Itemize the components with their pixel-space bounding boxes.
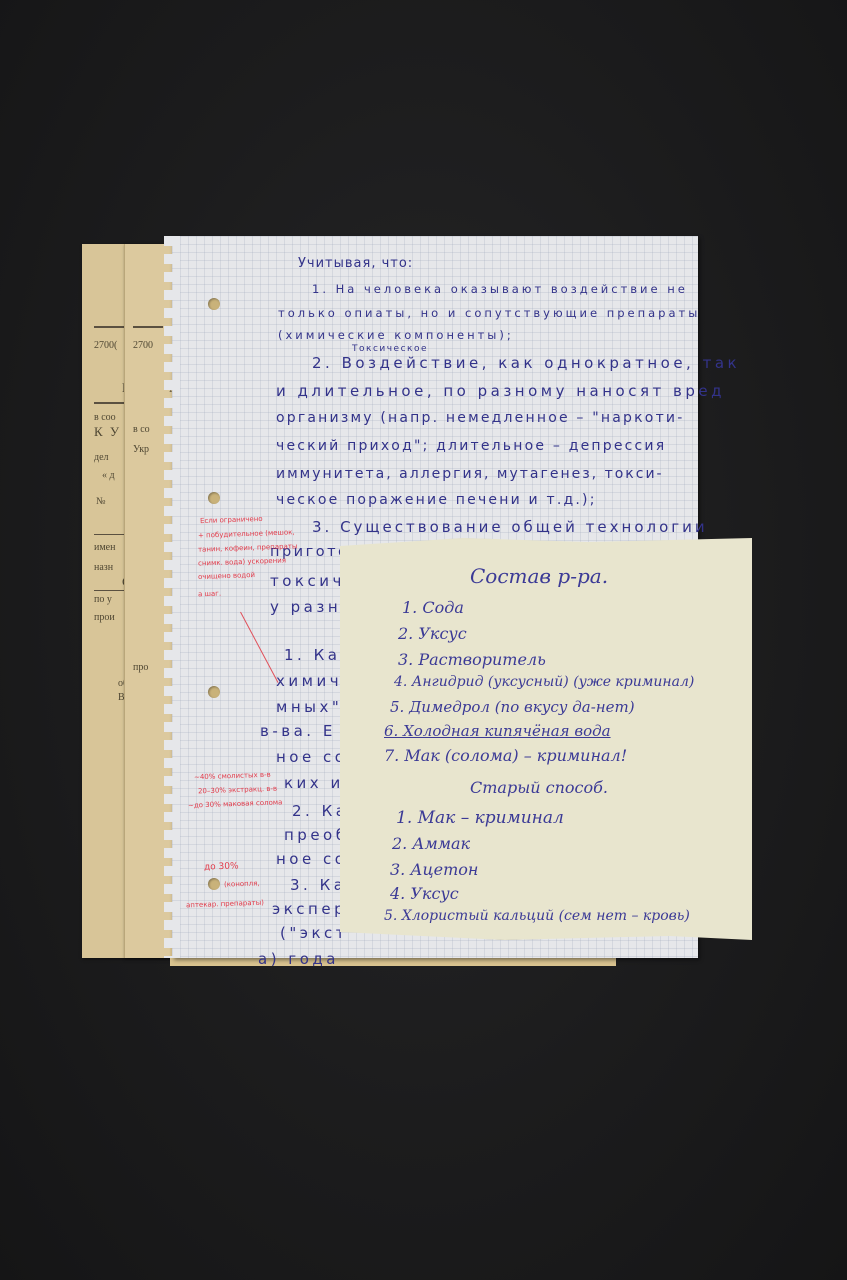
form-text: по у	[94, 594, 112, 605]
punch-hole	[208, 492, 220, 504]
notebook-line: ческое поражение печени и т.д.);	[276, 492, 597, 508]
notebook-line: ное со	[276, 850, 347, 868]
notebook-line: 1. На человека оказывают воздействие не	[312, 282, 688, 296]
form-text: « д	[102, 470, 115, 481]
note-list-item: 3. Ацетон	[390, 860, 478, 879]
notebook-line: в-ва. Е	[260, 722, 336, 740]
form-text: в со	[133, 424, 150, 435]
note-list-item: 1. Сода	[402, 598, 464, 617]
red-annotation-line: а шаг.	[198, 590, 221, 599]
form-text: назн	[94, 562, 113, 573]
notebook-line: токсич	[270, 572, 345, 590]
red-annotation-line: до 30%	[204, 861, 239, 872]
notebook-line: ное со	[276, 748, 347, 766]
form-text: в соо	[94, 412, 116, 423]
notebook-line: организму (напр. немедленное – "наркоти-	[276, 410, 684, 426]
notebook-line: мных"	[276, 698, 342, 716]
red-annotation-line: (конопля,	[224, 879, 260, 888]
notebook-line: и длительное, по разному наносят вред	[276, 382, 725, 400]
punch-hole	[208, 298, 220, 310]
form-rule	[133, 326, 163, 328]
torn-spiral-edge	[164, 236, 180, 958]
punch-hole	[208, 878, 220, 890]
notebook-insertion: Токсическое	[352, 344, 428, 354]
note-list-item: 5. Димедрол (по вкусу да-нет)	[390, 698, 635, 716]
note-list-item: 3. Растворитель	[398, 650, 546, 669]
notebook-line: ("экст	[280, 924, 348, 942]
note-list-item: 2. Уксус	[398, 624, 467, 643]
notebook-line: у разн	[270, 598, 341, 616]
note-subtitle: Старый способ.	[470, 778, 608, 797]
form-text: №	[96, 496, 106, 507]
notebook-line: 2. Ка	[292, 802, 348, 820]
note-list-item: 4. Ангидрид (уксусный) (уже криминал)	[394, 674, 694, 690]
note-title: Состав р-ра.	[470, 564, 608, 588]
form-text: имен	[94, 542, 115, 553]
notebook-line: а) года	[258, 950, 339, 968]
notebook-line: только опиаты, но и сопутствующие препар…	[278, 306, 700, 320]
notebook-line: экспер	[272, 900, 347, 918]
note-list-item: 4. Уксус	[390, 884, 459, 903]
note-list-item: 5. Хлористый кальций (сем нет – кровь)	[384, 908, 690, 924]
form-text: про	[133, 662, 148, 673]
form-text: Укр	[133, 444, 149, 455]
notebook-line: ческий приход"; длительное – депрессия	[276, 438, 666, 454]
note-list-item: 2. Аммак	[392, 834, 470, 853]
notebook-line: 2. Воздействие, как однократное, так	[312, 354, 740, 372]
notebook-line: 3. Ка	[290, 876, 346, 894]
form-text: дел	[94, 452, 109, 463]
form-text: 2700(	[94, 340, 117, 351]
form-text: К У	[94, 424, 121, 440]
note-list-item: 7. Мак (солома) – криминал!	[384, 746, 627, 765]
punch-hole	[208, 686, 220, 698]
notebook-line: 3. Существование общей технологии	[312, 518, 708, 536]
form-text: 2700	[133, 340, 153, 351]
form-text: прои	[94, 612, 115, 623]
note-list-item: 6. Холодная кипячёная вода	[384, 722, 611, 740]
notebook-heading: Учитывая, что:	[298, 256, 413, 271]
notebook-line: иммунитета, аллергия, мутагенез, токси-	[276, 466, 664, 482]
notebook-line: (химические компоненты);	[278, 328, 514, 342]
note-list-item: 1. Мак – криминал	[396, 808, 564, 828]
handwritten-note-card: Состав р-ра. 1. Сода 2. Уксус 3. Раствор…	[340, 538, 752, 940]
